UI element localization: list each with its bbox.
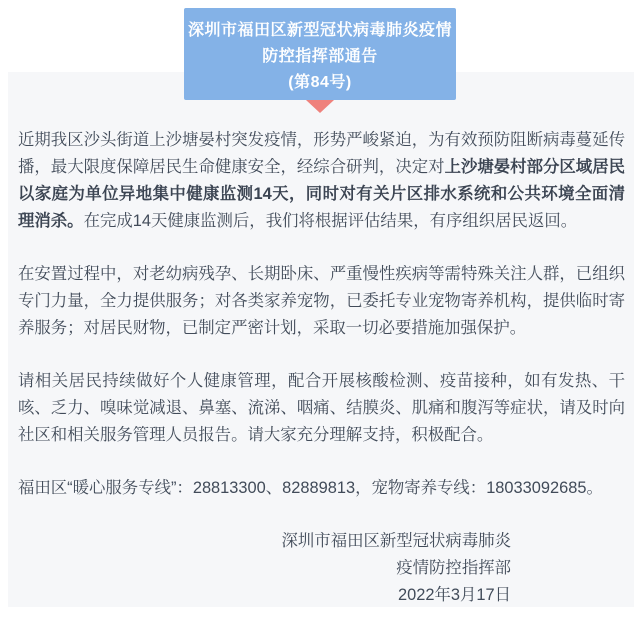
- notice-number: (第84号): [184, 70, 456, 96]
- signature-org-line-1: 深圳市福田区新型冠状病毒肺炎: [18, 528, 511, 555]
- signature-org-line-2: 疫情防控指挥部: [18, 555, 511, 582]
- paragraph-health-management: 请相关居民持续做好个人健康管理，配合开展核酸检测、疫苗接种，如有发热、干咳、乏力…: [18, 368, 625, 449]
- paragraph-care-services: 在安置过程中，对老幼病残孕、长期卧床、严重慢性疾病等需特殊关注人群，已组织专门力…: [18, 261, 625, 342]
- arrow-down-icon: [306, 100, 334, 113]
- signature-date: 2022年3月17日: [18, 582, 511, 609]
- notice-title-banner: 深圳市福田区新型冠状病毒肺炎疫情 防控指挥部通告 (第84号): [184, 8, 456, 100]
- notice-page: 深圳市福田区新型冠状病毒肺炎疫情 防控指挥部通告 (第84号) 近期我区沙头街道…: [0, 0, 640, 621]
- signature-block: 深圳市福田区新型冠状病毒肺炎 疫情防控指挥部 2022年3月17日: [18, 528, 625, 609]
- paragraph-hotlines: 福田区“暖心服务专线”：28813300、82889813，宠物寄养专线：180…: [18, 475, 625, 502]
- notice-title-line-1: 深圳市福田区新型冠状病毒肺炎疫情: [184, 18, 456, 44]
- paragraph-outbreak-post: 在完成14天健康监测后，我们将根据评估结果，有序组织居民返回。: [84, 212, 578, 230]
- notice-title-line-2: 防控指挥部通告: [184, 44, 456, 70]
- paragraph-outbreak: 近期我区沙头街道上沙塘晏村突发疫情，形势严峻紧迫，为有效预防阻断病毒蔓延传播，最…: [18, 127, 625, 235]
- notice-body: 近期我区沙头街道上沙塘晏村突发疫情，形势严峻紧迫，为有效预防阻断病毒蔓延传播，最…: [18, 127, 625, 609]
